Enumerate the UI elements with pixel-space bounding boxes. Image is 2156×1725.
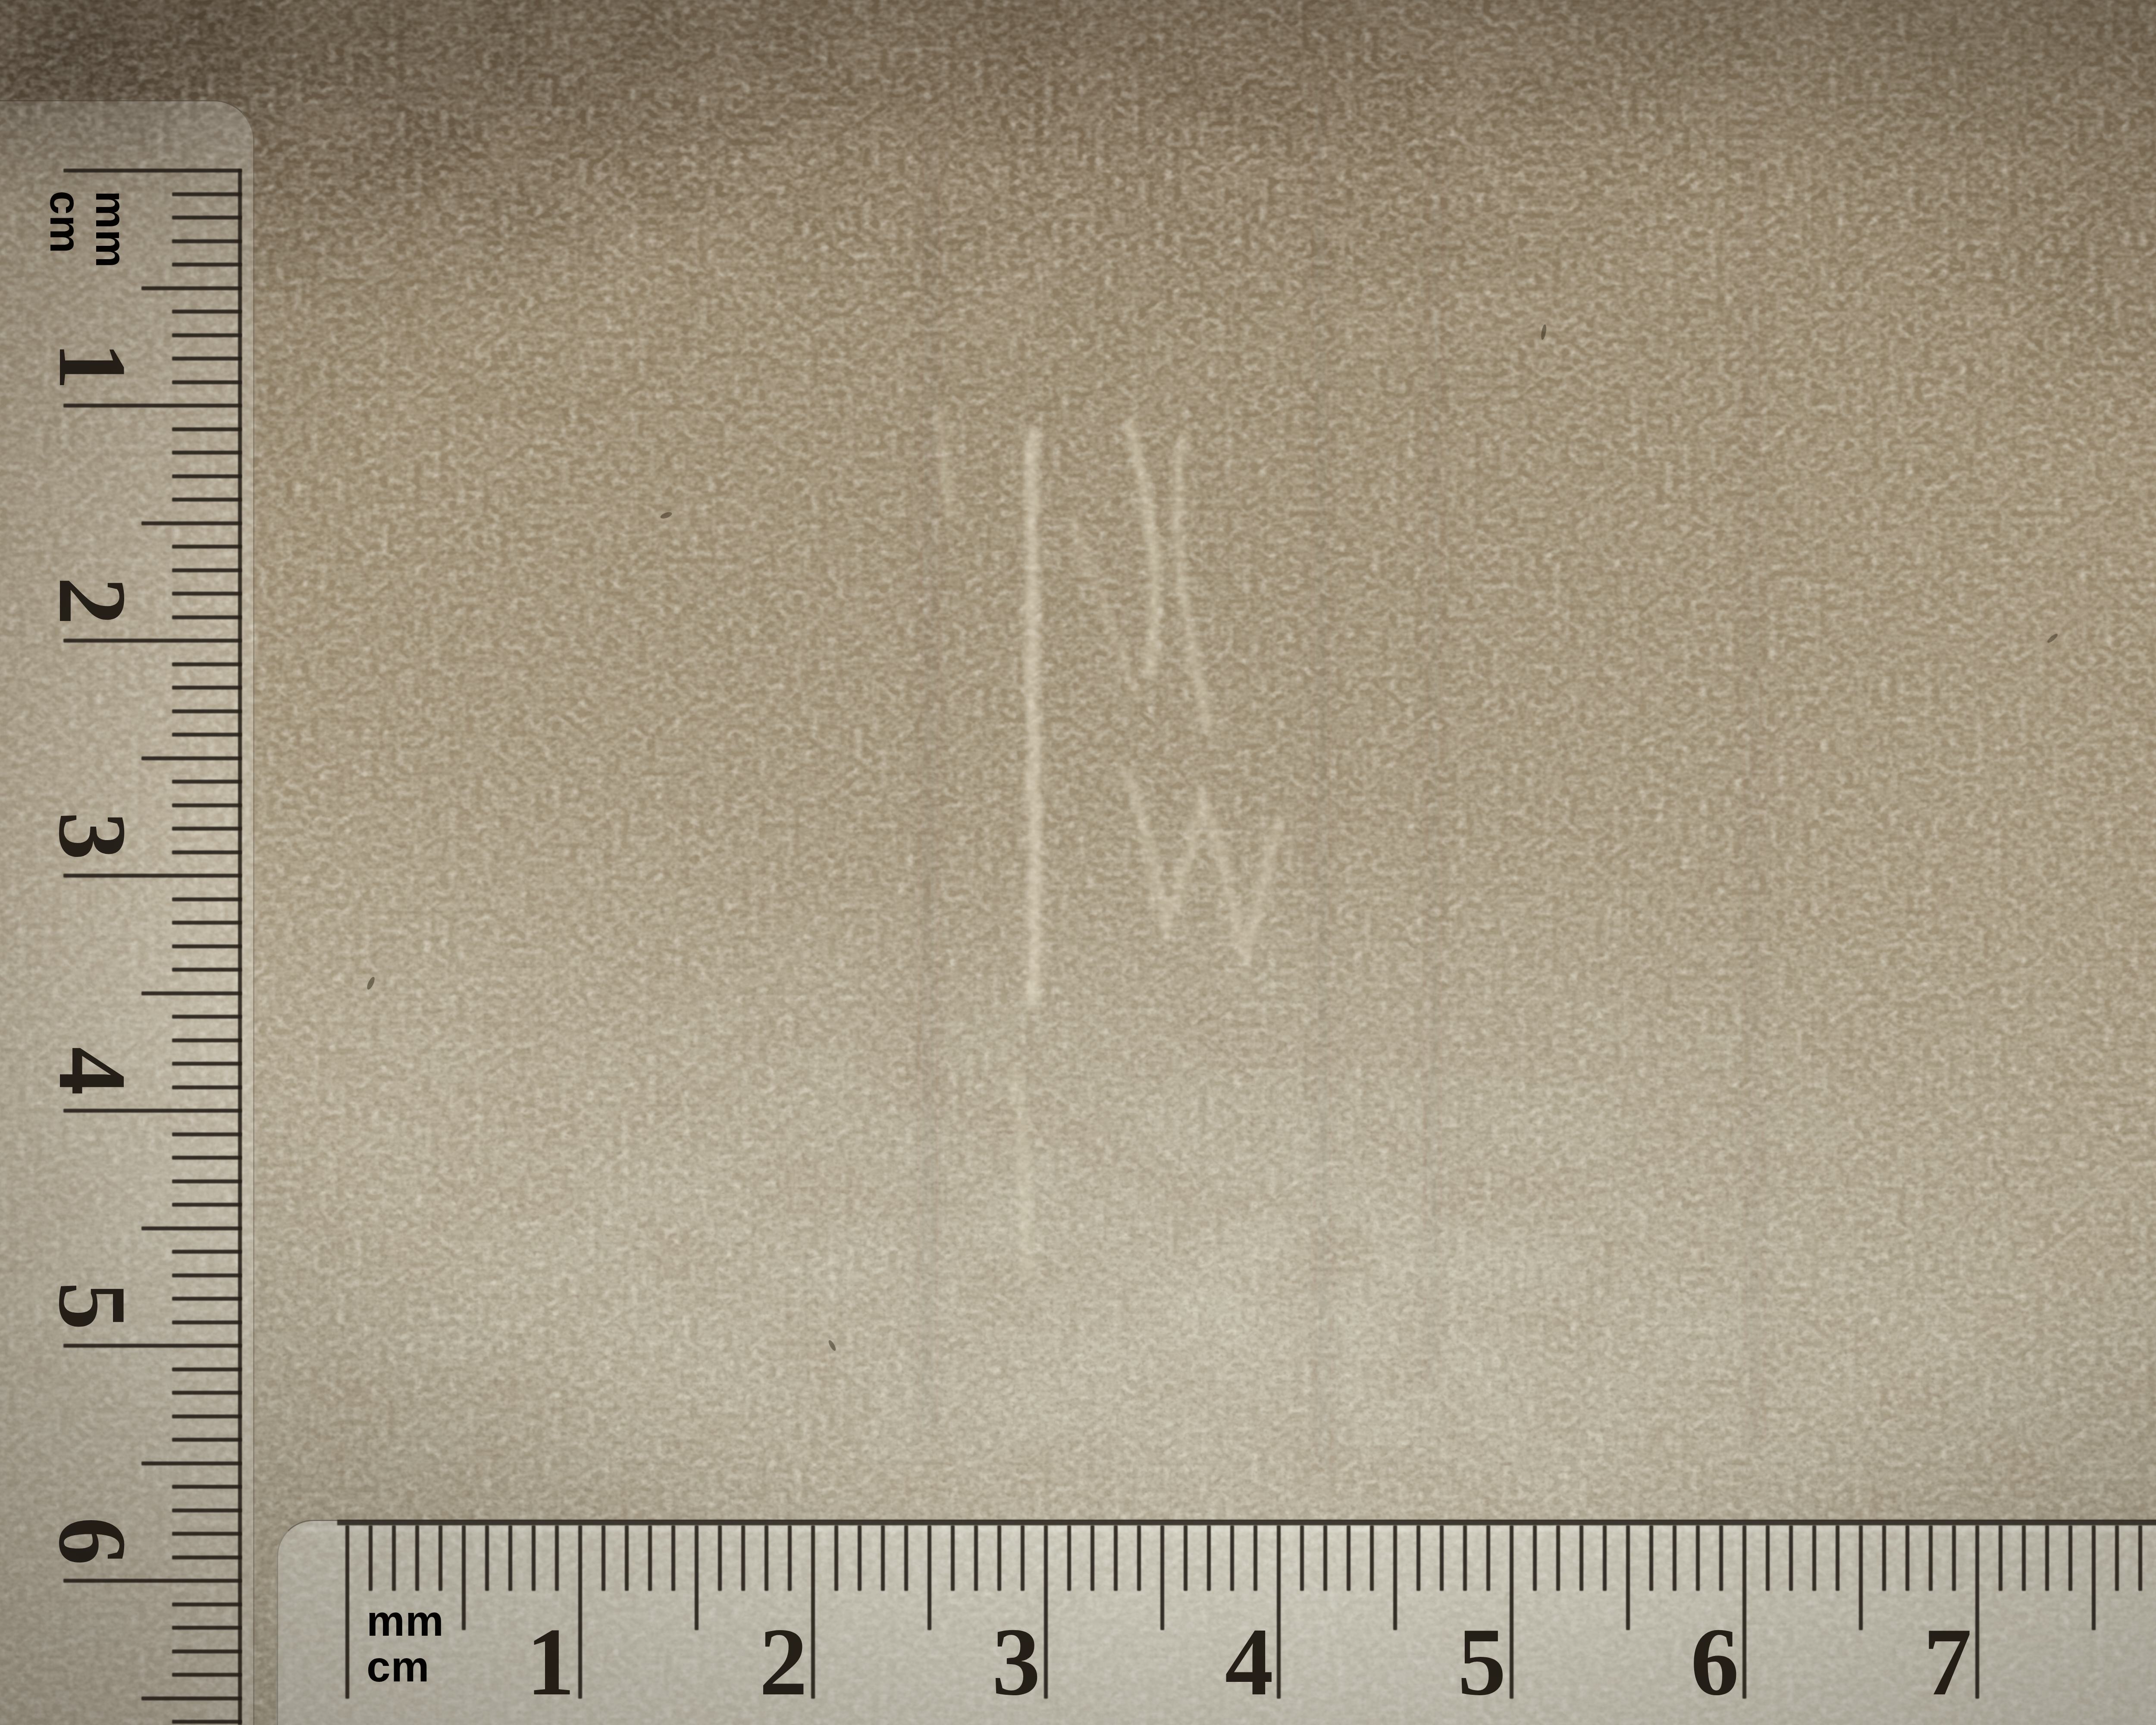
manuscript-photo: 123456 mm cm 123456789 mm cm — [0, 0, 2156, 1725]
photo-vignette — [0, 0, 2156, 1725]
